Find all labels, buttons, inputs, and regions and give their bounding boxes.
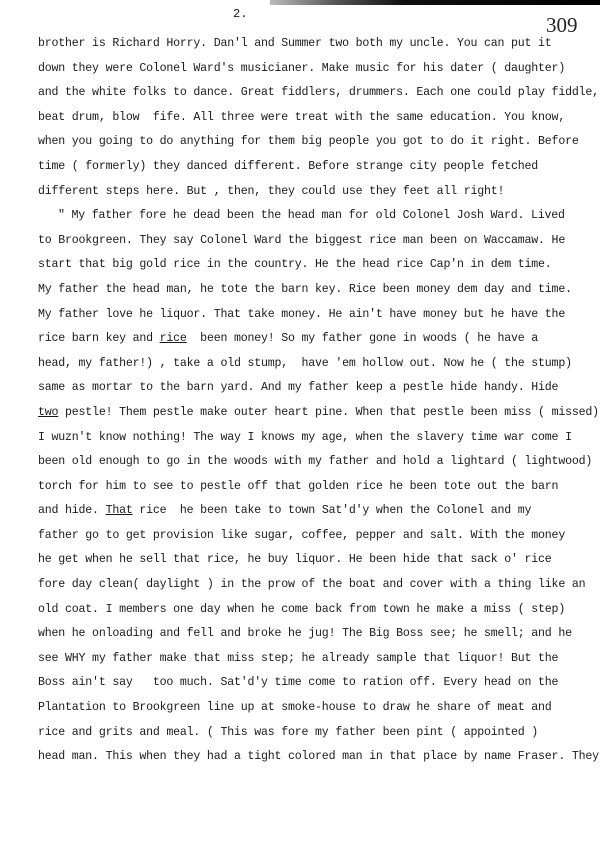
typed-transcript-body: brother is Richard Horry. Dan'l and Summ… bbox=[38, 32, 598, 770]
text-line: beat drum, blow fife. All three were tre… bbox=[38, 106, 598, 131]
text-line: down they were Colonel Ward's musicianer… bbox=[38, 57, 598, 82]
text-line: My father love he liquor. That take mone… bbox=[38, 303, 598, 328]
text-line: and the white folks to dance. Great fidd… bbox=[38, 81, 598, 106]
text-line: father go to get provision like sugar, c… bbox=[38, 524, 598, 549]
text-line: brother is Richard Horry. Dan'l and Summ… bbox=[38, 32, 598, 57]
text-line: he get when he sell that rice, he buy li… bbox=[38, 548, 598, 573]
text-line: start that big gold rice in the country.… bbox=[38, 253, 598, 278]
text-line: Plantation to Brookgreen line up at smok… bbox=[38, 696, 598, 721]
text-line: My father the head man, he tote the barn… bbox=[38, 278, 598, 303]
text-line: time ( formerly) they danced different. … bbox=[38, 155, 598, 180]
text-line: been old enough to go in the woods with … bbox=[38, 450, 598, 475]
text-line: rice barn key and rice been money! So my… bbox=[38, 327, 598, 352]
text-line: head man. This when they had a tight col… bbox=[38, 745, 598, 770]
text-line: same as mortar to the barn yard. And my … bbox=[38, 376, 598, 401]
text-line: fore day clean( daylight ) in the prow o… bbox=[38, 573, 598, 598]
scan-edge-shadow bbox=[270, 0, 600, 5]
text-line: two pestle! Them pestle make outer heart… bbox=[38, 401, 598, 426]
underlined-word: rice bbox=[160, 332, 187, 345]
text-line: I wuzn't know nothing! The way I knows m… bbox=[38, 426, 598, 451]
text-line: different steps here. But , then, they c… bbox=[38, 180, 598, 205]
underlined-word: That bbox=[106, 504, 133, 517]
text-line: head, my father!) , take a old stump, ha… bbox=[38, 352, 598, 377]
text-line: old coat. I members one day when he come… bbox=[38, 598, 598, 623]
text-line: when you going to do anything for them b… bbox=[38, 130, 598, 155]
text-line: and hide. That rice he been take to town… bbox=[38, 499, 598, 524]
text-line: see WHY my father make that miss step; h… bbox=[38, 647, 598, 672]
text-line: torch for him to see to pestle off that … bbox=[38, 475, 598, 500]
text-line: to Brookgreen. They say Colonel Ward the… bbox=[38, 229, 598, 254]
page-marker: 2. bbox=[233, 7, 247, 21]
underlined-word: two bbox=[38, 406, 58, 419]
text-line: " My father fore he dead been the head m… bbox=[38, 204, 598, 229]
text-line: Boss ain't say too much. Sat'd'y time co… bbox=[38, 671, 598, 696]
text-line: rice and grits and meal. ( This was fore… bbox=[38, 721, 598, 746]
text-line: when he onloading and fell and broke he … bbox=[38, 622, 598, 647]
